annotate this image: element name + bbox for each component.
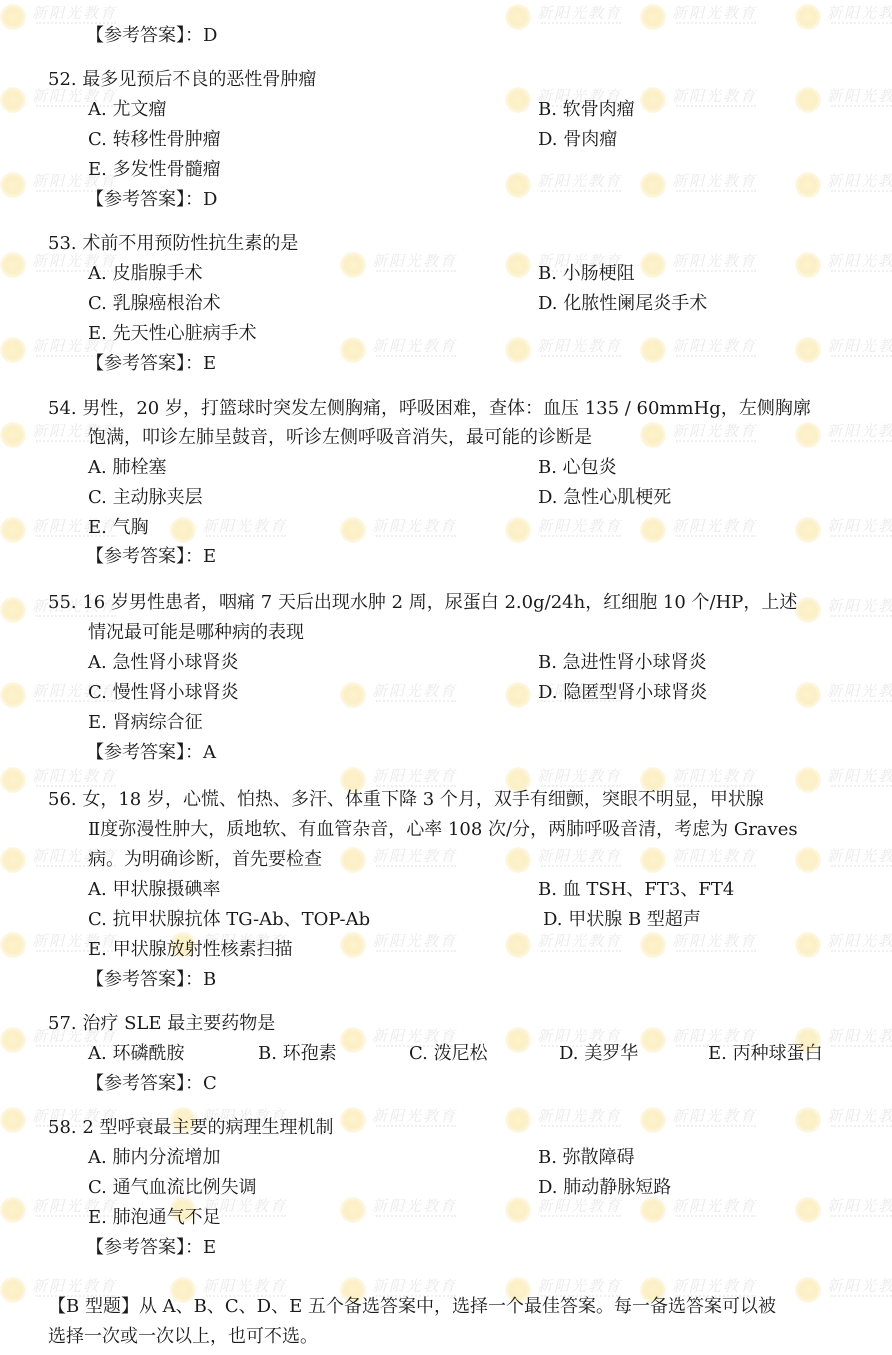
option-e: E. 多发性骨髓瘤 [88, 159, 221, 181]
question-stem-continued: 情况最可能是哪种病的表现 [88, 622, 304, 644]
answer-line: 【参考答案】：E [86, 353, 216, 375]
section-instruction-continued: 选择一次或一次以上，也可不选。 [48, 1326, 318, 1348]
option-c: C. 慢性肾小球肾炎 [88, 682, 239, 704]
option-b: B. 环孢素 [258, 1043, 337, 1065]
answer-line: 【参考答案】：E [86, 1237, 216, 1259]
option-a: A. 皮脂腺手术 [88, 263, 202, 285]
option-c: C. 转移性骨肿瘤 [88, 129, 221, 151]
question-stem: 52. 最多见预后不良的恶性骨肿瘤 [48, 69, 316, 91]
answer-line: 【参考答案】：B [86, 969, 216, 991]
question-stem: 54. 男性，20 岁，打篮球时突发左侧胸痛，呼吸困难，查体：血压 135 / … [48, 398, 811, 420]
answer-line: 【参考答案】：A [86, 742, 216, 764]
answer-line: 【参考答案】：E [86, 546, 216, 568]
option-a: A. 急性肾小球肾炎 [88, 652, 238, 674]
option-c: C. 抗甲状腺抗体 TG-Ab、TOP-Ab [88, 909, 370, 931]
option-e: E. 气胸 [88, 517, 149, 539]
question-stem: 53. 术前不用预防性抗生素的是 [48, 233, 298, 255]
option-d: D. 化脓性阑尾炎手术 [538, 293, 707, 315]
question-stem-continued: Ⅱ度弥漫性肿大，质地软、有血管杂音，心率 108 次/分，两肺呼吸音清，考虑为 … [88, 819, 798, 841]
option-c: C. 乳腺癌根治术 [88, 293, 221, 315]
option-b: B. 血 TSH、FT3、FT4 [538, 879, 734, 901]
option-e: E. 肾病综合征 [88, 712, 203, 734]
question-stem: 56. 女，18 岁，心慌、怕热、多汗、体重下降 3 个月，双手有细颤，突眼不明… [48, 789, 764, 811]
document-page: 【参考答案】：D 52. 最多见预后不良的恶性骨肿瘤 A. 尤文瘤 B. 软骨肉… [0, 0, 892, 1355]
option-c: C. 通气血流比例失调 [88, 1177, 257, 1199]
option-b: B. 弥散障碍 [538, 1147, 635, 1169]
option-d: D. 骨肉瘤 [538, 129, 617, 151]
option-d: D. 隐匿型肾小球肾炎 [538, 682, 707, 704]
option-b: B. 急进性肾小球肾炎 [538, 652, 707, 674]
answer-line: 【参考答案】：D [86, 189, 217, 211]
option-a: A. 尤文瘤 [88, 99, 166, 121]
question-stem-continued: 病。为明确诊断，首先要检查 [88, 849, 322, 871]
question-stem: 55. 16 岁男性患者，咽痛 7 天后出现水肿 2 周，尿蛋白 2.0g/24… [48, 592, 797, 614]
answer-line-51: 【参考答案】：D [86, 25, 217, 47]
option-a: A. 甲状腺摄碘率 [88, 879, 220, 901]
option-e: E. 丙种球蛋白 [708, 1043, 823, 1065]
option-d: D. 甲状腺 B 型超声 [543, 909, 701, 931]
question-stem-continued: 饱满，叩诊左肺呈鼓音，听诊左侧呼吸音消失，最可能的诊断是 [88, 427, 592, 449]
question-stem: 58. 2 型呼衰最主要的病理生理机制 [48, 1117, 334, 1139]
option-e: E. 先天性心脏病手术 [88, 323, 257, 345]
option-d: D. 美罗华 [559, 1043, 638, 1065]
option-b: B. 软骨肉瘤 [538, 99, 635, 121]
option-d: D. 肺动静脉短路 [538, 1177, 671, 1199]
question-stem: 57. 治疗 SLE 最主要药物是 [48, 1013, 275, 1035]
option-c: C. 主动脉夹层 [88, 487, 203, 509]
option-a: A. 肺内分流增加 [88, 1147, 220, 1169]
option-a: A. 肺栓塞 [88, 457, 166, 479]
option-b: B. 小肠梗阻 [538, 263, 635, 285]
answer-line: 【参考答案】：C [86, 1073, 217, 1095]
option-e: E. 甲状腺放射性核素扫描 [88, 939, 293, 961]
section-instruction: 【B 型题】从 A、B、C、D、E 五个备选答案中，选择一个最佳答案。每一备选答… [48, 1296, 776, 1318]
option-b: B. 心包炎 [538, 457, 617, 479]
option-e: E. 肺泡通气不足 [88, 1207, 221, 1229]
option-d: D. 急性心肌梗死 [538, 487, 671, 509]
option-a: A. 环磷酰胺 [88, 1043, 184, 1065]
option-c: C. 泼尼松 [409, 1043, 488, 1065]
